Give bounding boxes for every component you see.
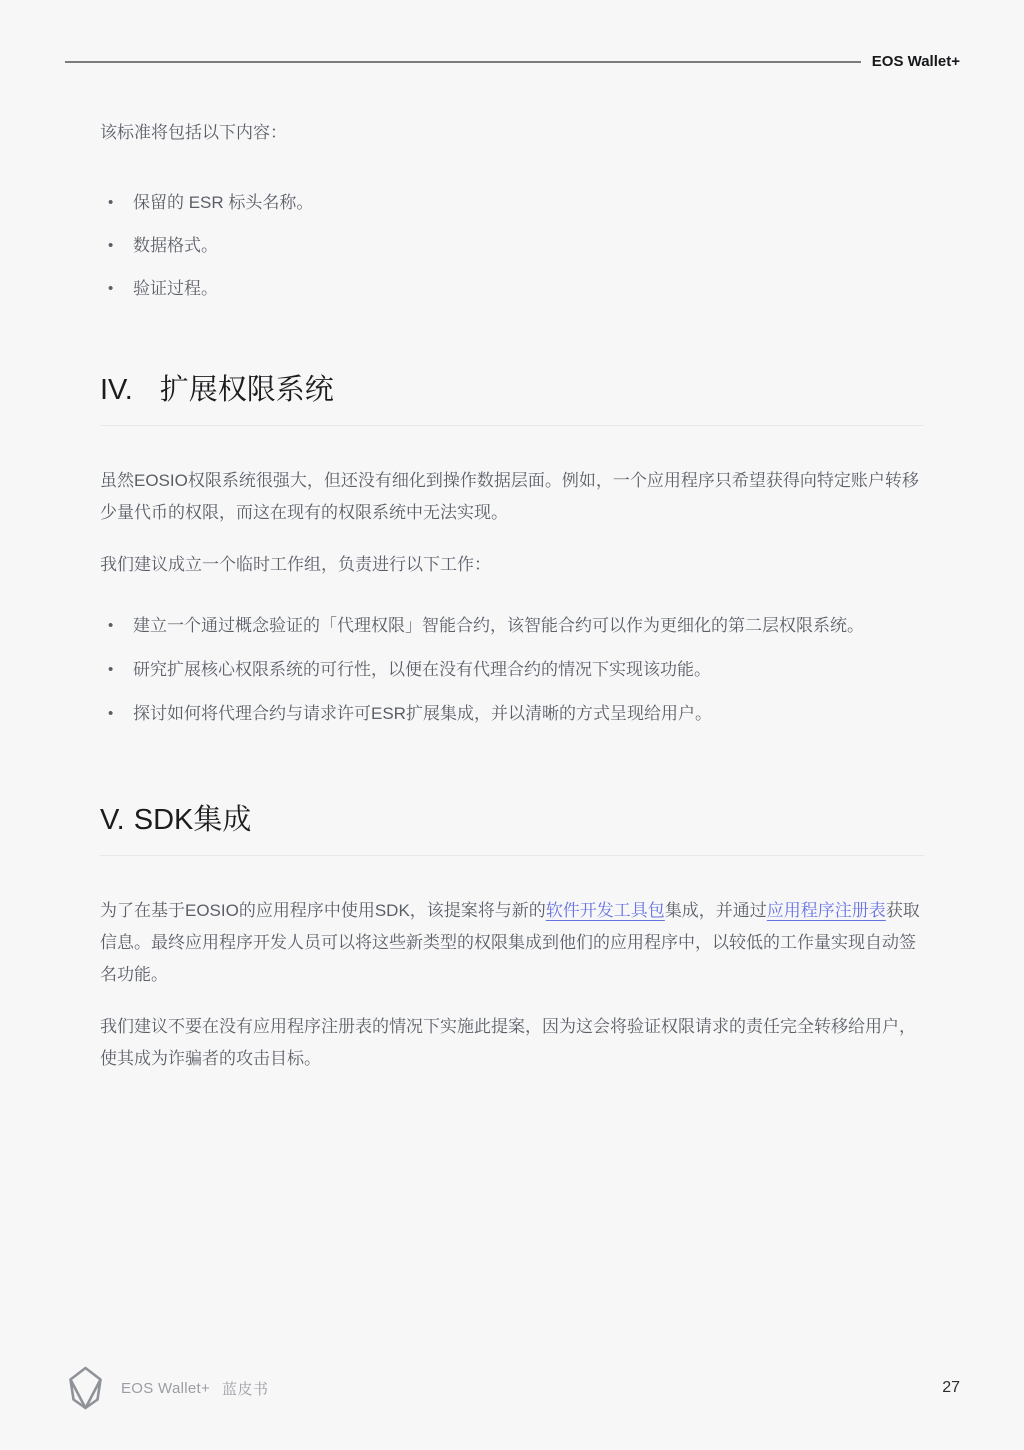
app-registry-link[interactable]: 应用程序注册表 [767, 901, 886, 920]
bullet-dot: • [108, 274, 133, 304]
footer-doc-title: 蓝皮书 [222, 1378, 269, 1399]
paragraph-with-links: 为了在基于EOSIO的应用程序中使用SDK，该提案将与新的软件开发工具包集成，并… [100, 895, 924, 991]
list-item: • 数据格式。 [100, 231, 924, 261]
list-item: • 保留的 ESR 标头名称。 [100, 188, 924, 218]
bullet-dot: • [108, 610, 133, 642]
list-item-text: 保留的 ESR 标头名称。 [133, 188, 313, 218]
section-v-heading: V. SDK集成 [100, 800, 924, 840]
section-number: V. [100, 800, 125, 840]
bullet-dot: • [108, 654, 133, 686]
list-item-text: 研究扩展核心权限系统的可行性，以便在没有代理合约的情况下实现该功能。 [133, 654, 924, 686]
list-item: • 研究扩展核心权限系统的可行性，以便在没有代理合约的情况下实现该功能。 [100, 654, 924, 686]
bullet-dot: • [108, 188, 133, 218]
page-content: 该标准将包括以下内容： • 保留的 ESR 标头名称。 • 数据格式。 • 验证… [0, 0, 1024, 1075]
list-item: • 建立一个通过概念验证的「代理权限」智能合约，该智能合约可以作为更细化的第二层… [100, 610, 924, 642]
paragraph: 我们建议不要在没有应用程序注册表的情况下实施此提案，因为这会将验证权限请求的责任… [100, 1011, 924, 1075]
bullet-dot: • [108, 231, 133, 261]
list-item-text: 建立一个通过概念验证的「代理权限」智能合约，该智能合约可以作为更细化的第二层权限… [133, 610, 924, 642]
page-footer: EOS Wallet+ 蓝皮书 27 [65, 1366, 960, 1410]
footer-caption: EOS Wallet+ 蓝皮书 [121, 1378, 269, 1399]
list-item: • 验证过程。 [100, 274, 924, 304]
bullet-dot: • [108, 698, 133, 730]
page-number: 27 [942, 1379, 960, 1397]
footer-brand: EOS Wallet+ [121, 1380, 210, 1397]
header-rule [65, 61, 861, 63]
paragraph: 我们建议成立一个临时工作组，负责进行以下工作： [100, 549, 924, 581]
header-brand: EOS Wallet+ [872, 53, 960, 70]
list-item-text: 验证过程。 [133, 274, 218, 304]
section-number: IV. [100, 370, 133, 410]
list-item-text: 探讨如何将代理合约与请求许可ESR扩展集成，并以清晰的方式呈现给用户。 [133, 698, 924, 730]
sdk-link[interactable]: 软件开发工具包 [546, 901, 665, 920]
page-header: EOS Wallet+ [65, 53, 960, 70]
intro-lead: 该标准将包括以下内容： [100, 118, 924, 148]
eos-prism-logo-icon [65, 1366, 106, 1410]
intro-bullet-list: • 保留的 ESR 标头名称。 • 数据格式。 • 验证过程。 [100, 188, 924, 304]
section-iv-heading: IV. 扩展权限系统 [100, 370, 924, 410]
section-divider [100, 855, 924, 856]
list-item: • 探讨如何将代理合约与请求许可ESR扩展集成，并以清晰的方式呈现给用户。 [100, 698, 924, 730]
paragraph-text: 为了在基于EOSIO的应用程序中使用SDK，该提案将与新的 [100, 901, 546, 920]
section-iv-bullet-list: • 建立一个通过概念验证的「代理权限」智能合约，该智能合约可以作为更细化的第二层… [100, 610, 924, 730]
section-title: 扩展权限系统 [160, 370, 334, 410]
paragraph-text: 集成，并通过 [665, 901, 767, 920]
paragraph: 虽然EOSIO权限系统很强大，但还没有细化到操作数据层面。例如，一个应用程序只希… [100, 465, 924, 529]
section-divider [100, 425, 924, 426]
list-item-text: 数据格式。 [133, 231, 218, 261]
section-title: SDK集成 [134, 800, 252, 840]
